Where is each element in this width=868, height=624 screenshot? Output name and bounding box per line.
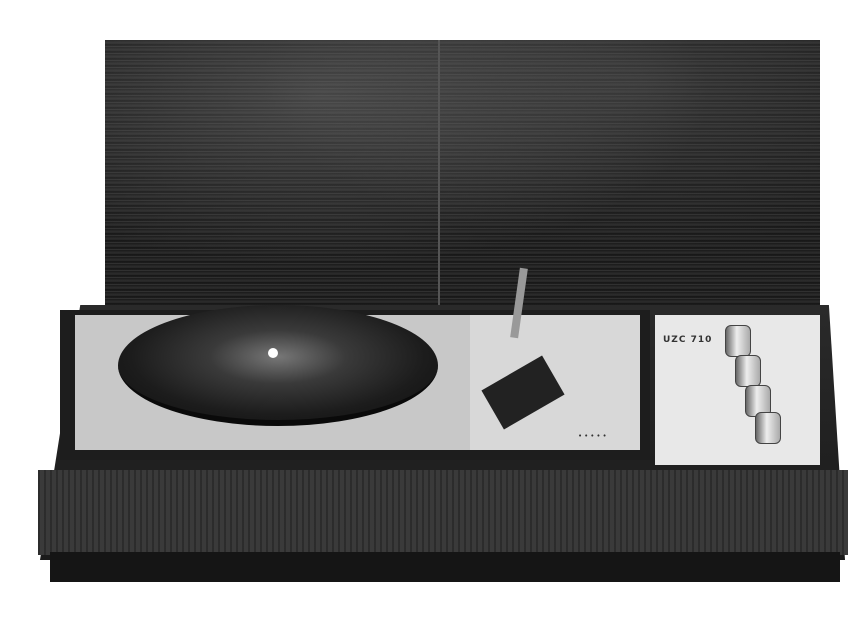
model-label: UZC 710 [663, 335, 712, 345]
record-player-photo: ••••• UZC 710 [0, 0, 868, 624]
grille-seam [438, 40, 440, 315]
spindle [268, 348, 278, 358]
control-knob-4 [755, 412, 781, 444]
control-knob-1 [725, 325, 751, 357]
speaker-grille [105, 40, 820, 315]
deck-brand-label: ••••• [578, 432, 609, 440]
turntable-platter [118, 305, 438, 426]
cabinet-front [38, 470, 848, 555]
control-knob-2 [735, 355, 761, 387]
plinth [50, 552, 840, 582]
